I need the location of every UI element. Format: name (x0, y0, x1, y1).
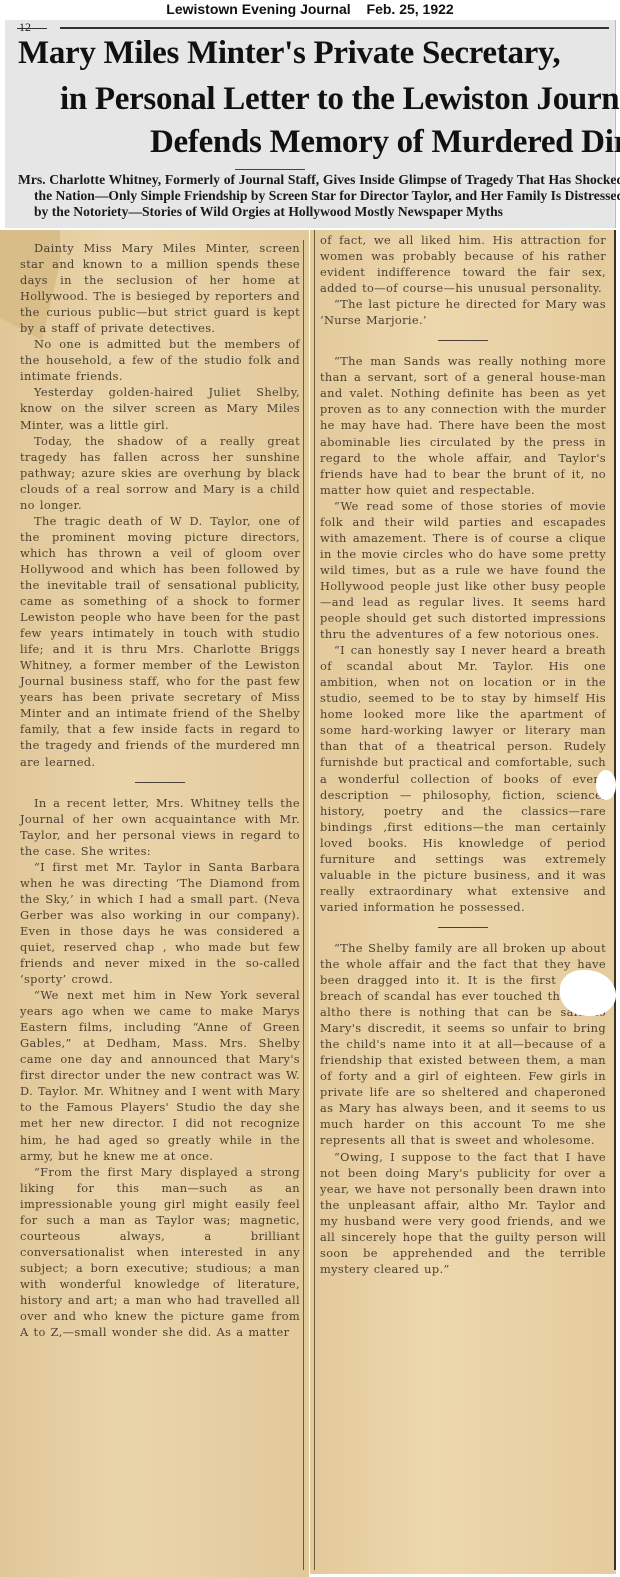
headline-line-1: Mary Miles Minter's Private Secretary, (18, 34, 560, 72)
paragraph: “The last picture he directed for Mary w… (320, 296, 606, 328)
publication-name: Lewistown Evening Journal (166, 1, 350, 17)
paragraph: “We read some of those stories of movie … (320, 498, 606, 642)
top-rule (60, 27, 609, 29)
paragraph: “I first met Mr. Taylor in Santa Barbara… (20, 859, 300, 987)
paragraph: The tragic death of W D. Taylor, one of … (20, 513, 300, 770)
column-rule-middle (314, 230, 315, 1570)
headline-clipping: 12 Mary Miles Minter's Private Secretary… (5, 20, 616, 228)
paragraph: “From the first Mary displayed a strong … (20, 1164, 300, 1341)
paragraph: “The man Sands was really nothing more t… (320, 353, 606, 497)
column-rule-left (303, 240, 304, 1570)
paragraph: “Owing, I suppose to the fact that I hav… (320, 1149, 606, 1277)
paragraph: “The Shelby family are all broken up abo… (320, 940, 606, 1149)
page-number: 12 (19, 20, 31, 35)
paragraph: “I can honestly say I never heard a brea… (320, 642, 606, 915)
paragraph: In a recent letter, Mrs. Whitney tells t… (20, 795, 300, 859)
paragraph: “We next met him in New York several yea… (20, 987, 300, 1164)
section-divider (438, 927, 488, 928)
image-caption: Lewistown Evening Journal Feb. 25, 1922 (0, 0, 620, 20)
paragraph: of fact, we all liked him. His attractio… (320, 232, 606, 296)
section-divider (135, 782, 185, 783)
torn-edge (596, 770, 616, 800)
paragraph: Yesterday golden-haired Juliet Shelby, k… (20, 384, 300, 432)
subheadline-deck: Mrs. Charlotte Whitney, Formerly of Jour… (18, 172, 620, 220)
paragraph: Today, the shadow of a really great trag… (20, 433, 300, 513)
article-column-1: Dainty Miss Mary Miles Minter, screen st… (20, 240, 300, 1340)
headline-line-3: Defends Memory of Murdered Director (150, 123, 620, 161)
paragraph: No one is admitted but the members of th… (20, 336, 300, 384)
headline-line-2: in Personal Letter to the Lewiston Journ… (60, 80, 620, 118)
paragraph: Dainty Miss Mary Miles Minter, screen st… (20, 240, 300, 336)
column-rule-right (614, 230, 616, 1570)
publication-date: Feb. 25, 1922 (367, 1, 454, 17)
headline-divider (235, 169, 305, 170)
article-column-2: of fact, we all liked him. His attractio… (320, 232, 606, 1277)
section-divider (438, 340, 488, 341)
